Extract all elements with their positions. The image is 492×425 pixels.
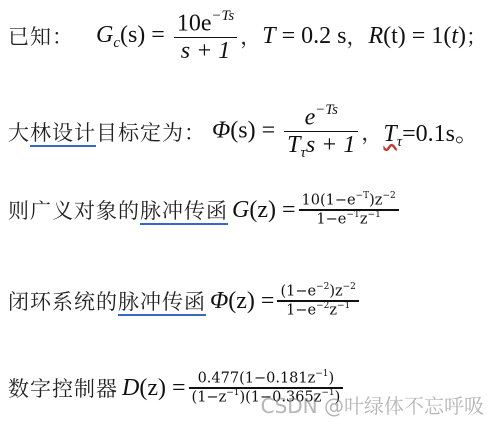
given-line: 已知： Gc(s) = 10e−Ts s + 1 ， T = 0.2 s ， R… xyxy=(8,8,488,65)
dahlin-label: 大林设计目标定为： xyxy=(8,117,206,147)
input-signal: R(t) = 1(t) xyxy=(368,23,466,50)
phi-z-function: Φ(z) = xyxy=(210,288,274,315)
phi-s-fraction: e−Ts Tτs + 1 xyxy=(284,102,358,162)
plant-label: 则广义对象的脉冲传函 xyxy=(8,195,228,225)
phi-z-fraction: (1−e−2)z−2 1−e−2z−1 xyxy=(274,283,361,319)
watermark: CSDN @叶绿体不忘呼吸 xyxy=(261,390,484,419)
closed-loop-line: 闭环系统的脉冲传函 Φ(z) = (1−e−2)z−2 1−e−2z−1 xyxy=(8,283,362,319)
controller-label: 数字控制器 xyxy=(8,373,118,403)
spellcheck-underline: 林设计 xyxy=(30,121,96,147)
spellcheck-underline: 脉冲传函 xyxy=(140,199,228,225)
gz-fraction: 10(1−e−T)z−2 1−e−Tz−1 xyxy=(296,192,402,228)
gc-fraction: 10e−Ts s + 1 xyxy=(174,8,237,65)
phi-s-transfer-function: Φ(s) = e−Ts Tτs + 1 xyxy=(212,102,361,162)
spellcheck-underline: 脉冲传函 xyxy=(118,290,206,316)
sampling-period: T = 0.2 s xyxy=(262,23,346,50)
plant-pulse-line: 则广义对象的脉冲传函 G(z) = 10(1−e−T)z−2 1−e−Tz−1 xyxy=(8,192,402,228)
closed-loop-label: 闭环系统的脉冲传函 xyxy=(8,286,206,316)
time-constant: Tτ=0.1s。 xyxy=(383,113,479,151)
gc-transfer-function: Gc(s) = 10e−Ts s + 1 xyxy=(96,8,240,65)
given-label: 已知： xyxy=(8,21,74,51)
dz-function: D(z) = xyxy=(122,375,186,402)
dahlin-target-line: 大林设计目标定为： Φ(s) = e−Ts Tτs + 1 ， Tτ=0.1s。 xyxy=(8,102,479,162)
gz-function: G(z) = xyxy=(232,197,296,224)
